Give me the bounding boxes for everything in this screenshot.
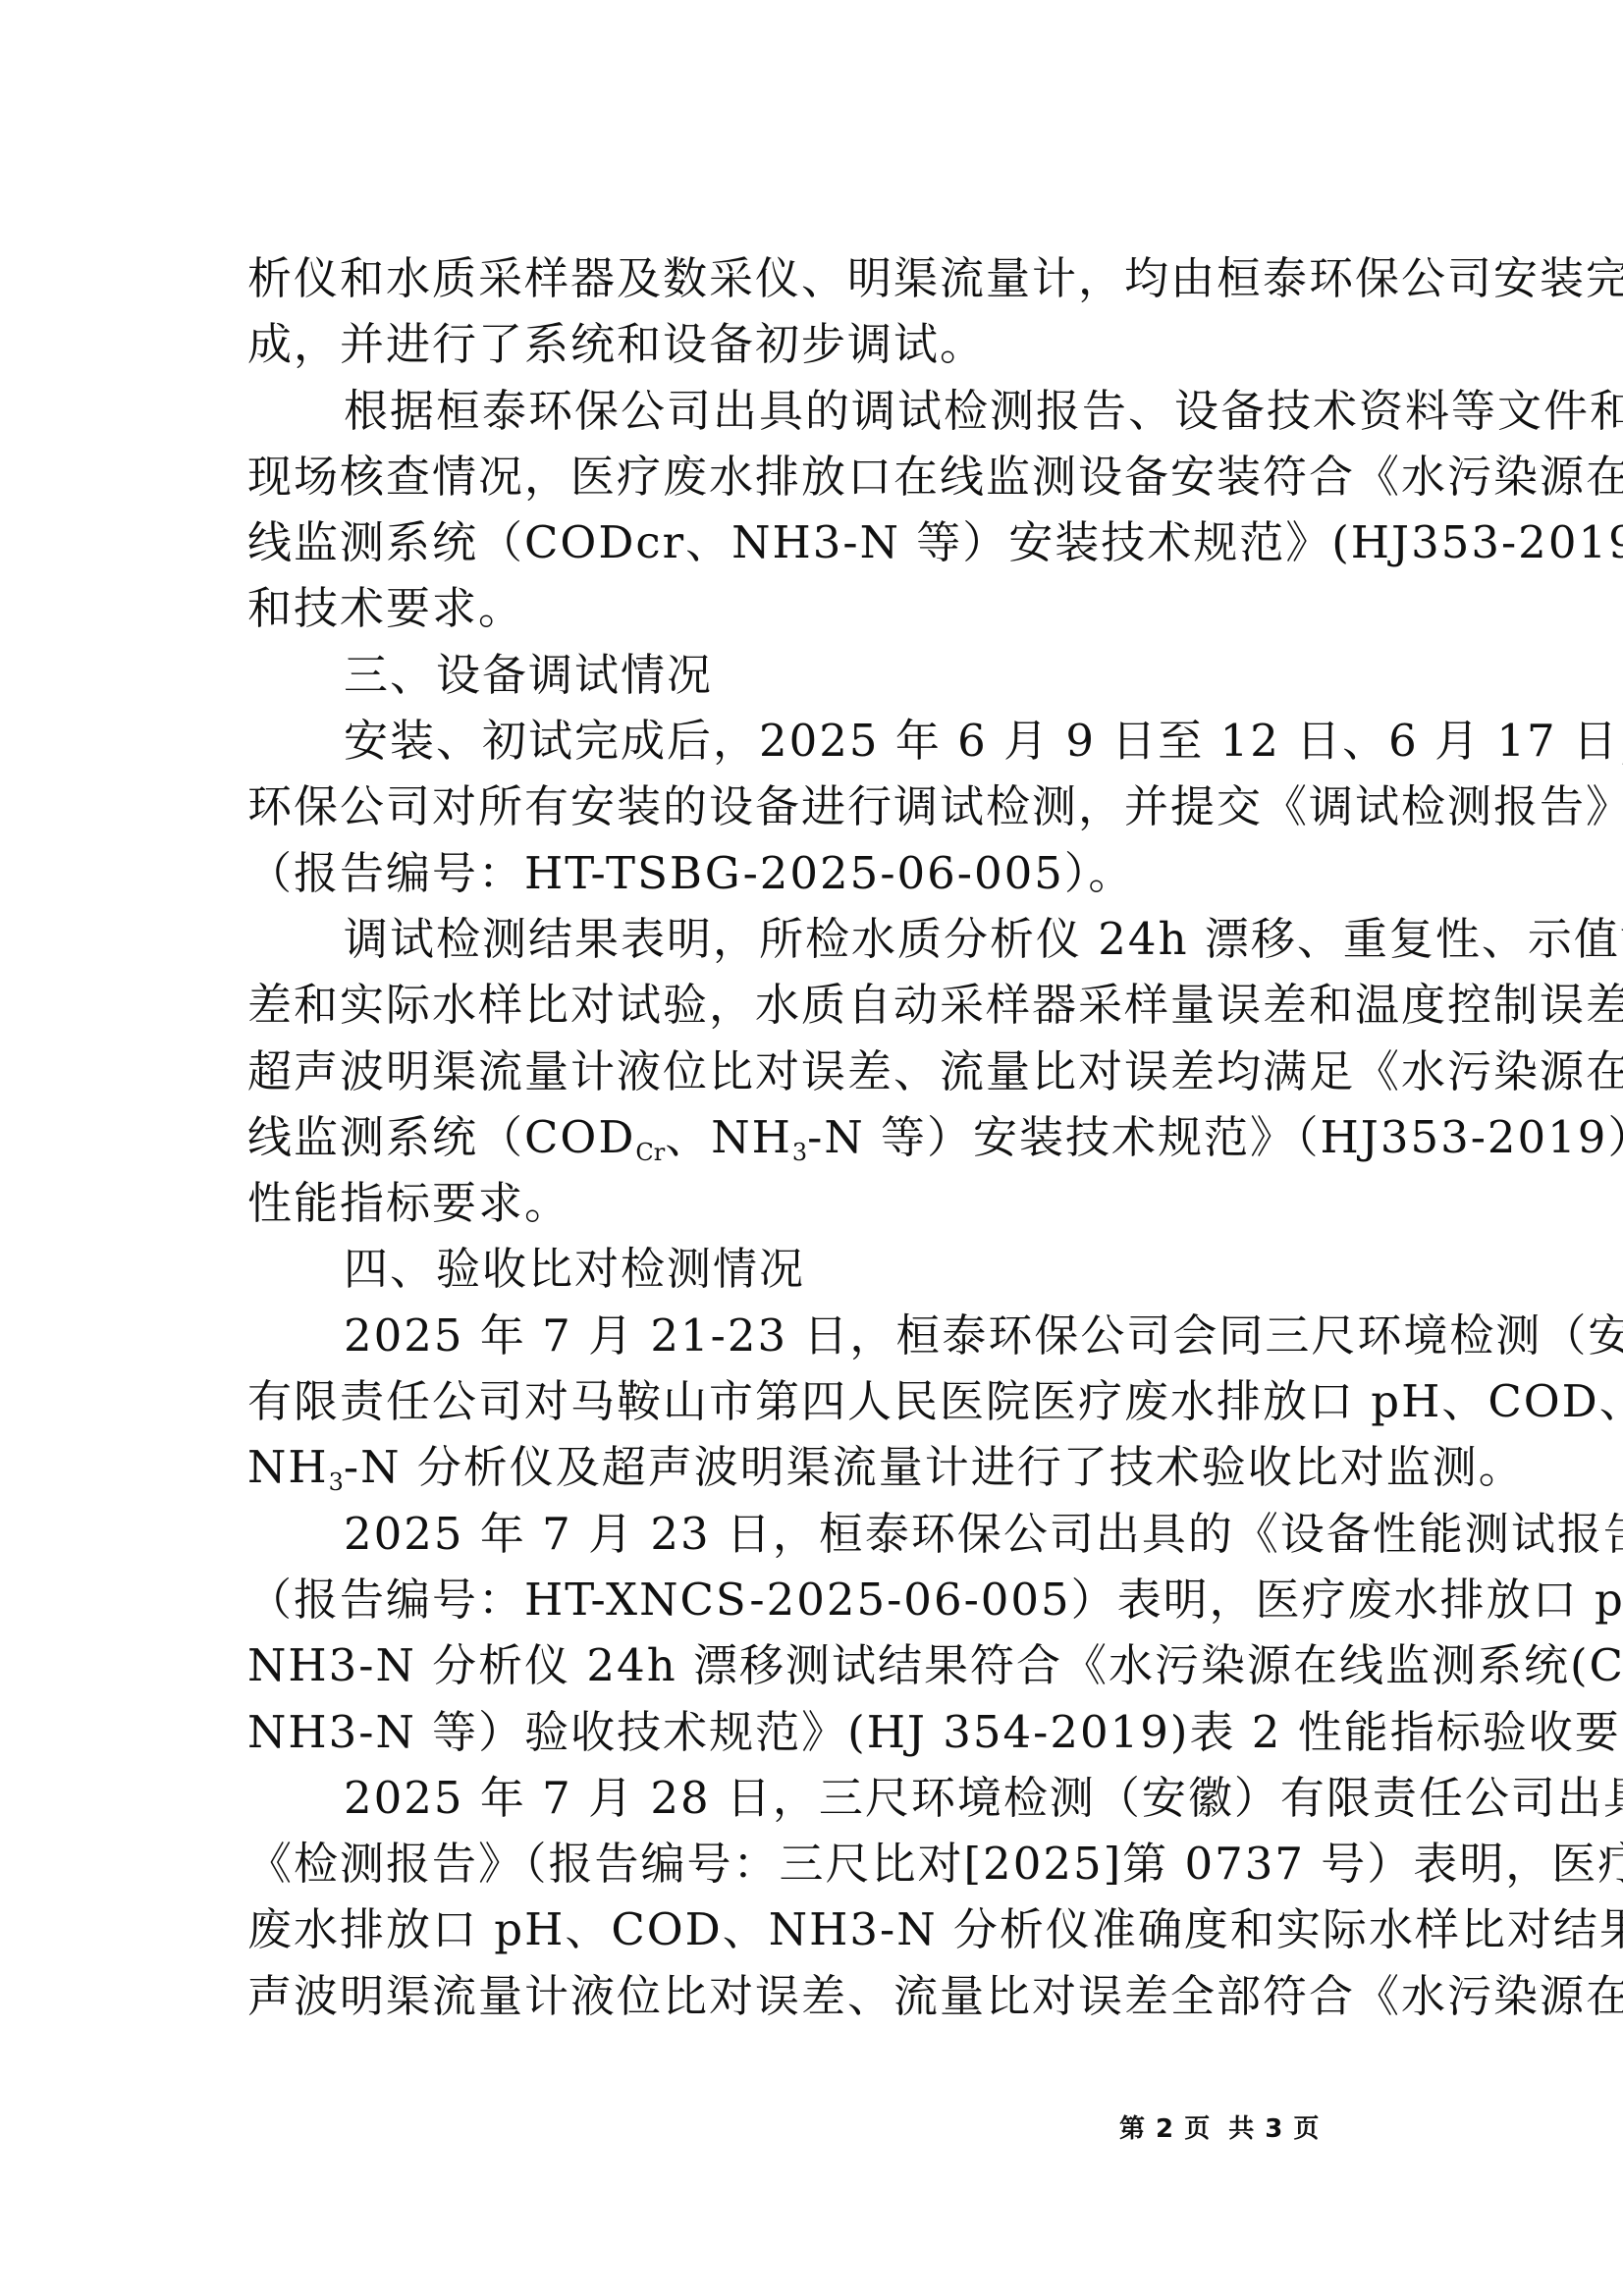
paragraph-line: 根据桓泰环保公司出具的调试检测报告、设备技术资料等文件和 (247, 378, 1327, 444)
subscript-3: 3 (792, 1139, 807, 1166)
text-segment: NH (247, 1441, 329, 1493)
paragraph-line: 2025 年 7 月 23 日，桓泰环保公司出具的《设备性能测试报告》 (247, 1501, 1327, 1567)
paragraph-line: 和技术要求。 (247, 575, 1327, 641)
paragraph-line: 《检测报告》（报告编号：三尺比对[2025]第 0737 号）表明，医疗 (247, 1831, 1327, 1896)
text-segment: 、NH (665, 1111, 792, 1163)
paragraph-line: （报告编号：HT-TSBG-2025-06-005）。 (247, 840, 1327, 906)
paragraph-line: 线监测系统（CODcr、NH3-N 等）安装技术规范》(HJ353-2019)标… (247, 509, 1327, 575)
paragraph-line: NH3-N 等）验收技术规范》(HJ 354-2019)表 2 性能指标验收要求… (247, 1699, 1327, 1765)
paragraph-line: 环保公司对所有安装的设备进行调试检测，并提交《调试检测报告》 (247, 774, 1327, 839)
document-page: 析仪和水质采样器及数采仪、明渠流量计，均由桓泰环保公司安装完 成，并进行了系统和… (0, 0, 1623, 2296)
page-total: 共 3 页 (1228, 2114, 1320, 2144)
paragraph-line: 2025 年 7 月 28 日，三尺环境检测（安徽）有限责任公司出具的 (247, 1765, 1327, 1831)
paragraph-line-with-subscripts: 线监测系统（CODCr、NH3-N 等）安装技术规范》（HJ353-2019）表… (247, 1104, 1327, 1170)
paragraph-line: NH3-N 分析仪 24h 漂移测试结果符合《水污染源在线监测系统(CODcr、 (247, 1632, 1327, 1698)
paragraph-line: 差和实际水样比对试验，水质自动采样器采样量误差和温度控制误差， (247, 972, 1327, 1038)
text-segment: 线监测系统（COD (247, 1111, 635, 1163)
text-segment: -N 分析仪及超声波明渠流量计进行了技术验收比对监测。 (344, 1441, 1525, 1493)
text-segment: -N 等）安装技术规范》（HJ353-2019）表 3 (807, 1111, 1623, 1163)
paragraph-line: 性能指标要求。 (247, 1170, 1327, 1236)
paragraph-line: 废水排放口 pH、COD、NH3-N 分析仪准确度和实际水样比对结果，超 (247, 1896, 1327, 1962)
paragraph-line: 有限责任公司对马鞍山市第四人民医院医疗废水排放口 pH、COD、 (247, 1368, 1327, 1434)
section-heading-3: 三、设备调试情况 (247, 642, 1327, 708)
subscript-3: 3 (329, 1468, 344, 1496)
paragraph-line: 安装、初试完成后，2025 年 6 月 9 日至 12 日、6 月 17 日，桓… (247, 708, 1327, 774)
document-body: 析仪和水质采样器及数采仪、明渠流量计，均由桓泰环保公司安装完 成，并进行了系统和… (247, 245, 1327, 2029)
paragraph-line: 成，并进行了系统和设备初步调试。 (247, 311, 1327, 377)
paragraph-line: 超声波明渠流量计液位比对误差、流量比对误差均满足《水污染源在 (247, 1039, 1327, 1104)
paragraph-line: 析仪和水质采样器及数采仪、明渠流量计，均由桓泰环保公司安装完 (247, 245, 1327, 311)
paragraph-line: 2025 年 7 月 21-23 日，桓泰环保公司会同三尺环境检测（安徽） (247, 1303, 1327, 1368)
subscript-cr: Cr (635, 1139, 665, 1166)
paragraph-line-with-subscripts: NH3-N 分析仪及超声波明渠流量计进行了技术验收比对监测。 (247, 1434, 1327, 1500)
paragraph-line: 调试检测结果表明，所检水质分析仪 24h 漂移、重复性、示值误 (247, 906, 1327, 972)
paragraph-line: 现场核查情况，医疗废水排放口在线监测设备安装符合《水污染源在 (247, 444, 1327, 509)
paragraph-line: 声波明渠流量计液位比对误差、流量比对误差全部符合《水污染源在 (247, 1963, 1327, 2029)
paragraph-line: （报告编号：HT-XNCS-2025-06-005）表明，医疗废水排放口 pH、… (247, 1567, 1327, 1632)
section-heading-4: 四、验收比对检测情况 (247, 1236, 1327, 1302)
page-current: 第 2 页 (1119, 2114, 1211, 2144)
page-number-footer: 第 2 页共 3 页 (1119, 2109, 1320, 2145)
